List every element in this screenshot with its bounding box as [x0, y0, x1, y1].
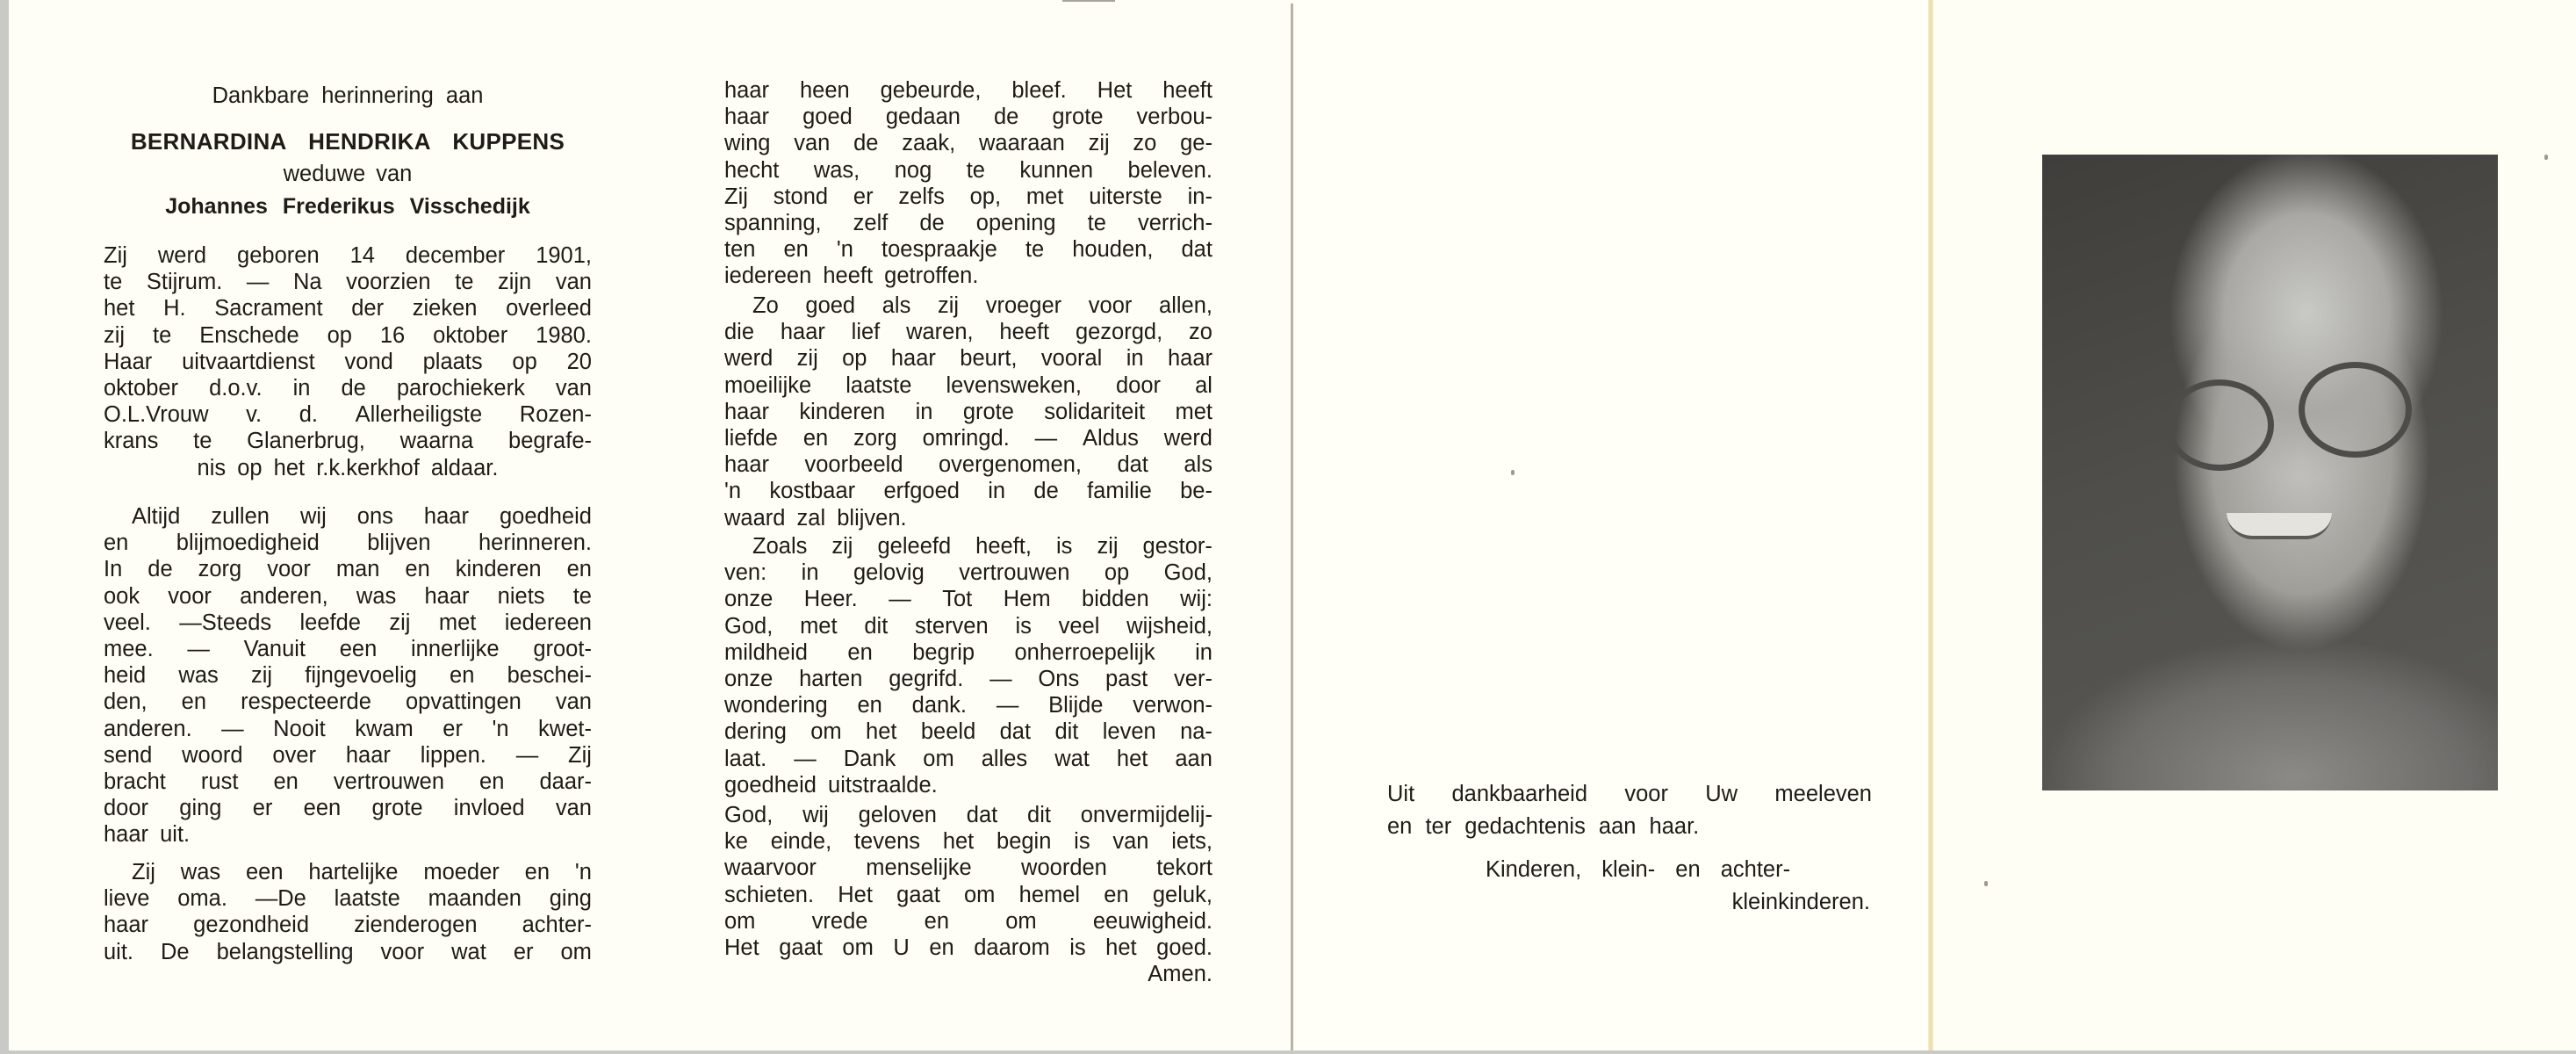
text-line: heidwaszijfijngevoeligenbeschei-: [104, 662, 592, 689]
paper-edge-tear: [1062, 0, 1115, 2]
text-line: tenen'ntoespraakjetehouden,dat: [724, 236, 1212, 263]
text-line: Altijdzullenwijonshaargoedheid: [104, 503, 592, 530]
paragraph-prayer: Zoalszijgeleefdheeft,iszijgestor-ven:ing…: [724, 533, 1212, 798]
text-line: omvredeenomeeuwigheid.: [724, 908, 1212, 935]
fold-crease: [1928, 0, 1933, 1050]
signature-line-1: Kinderen, klein- en achter-: [1387, 854, 1872, 886]
smile: [2227, 513, 2332, 539]
text-line: mildheidenbegriponherroepelijkin: [724, 639, 1212, 666]
text-line: O.L.Vrouwv.d.AllerheiligsteRozen-: [104, 401, 592, 428]
thanks-line-1: UitdankbaarheidvoorUwmeeleven: [1387, 778, 1872, 811]
text-line: uit.Debelangstellingvoorwaterom: [104, 939, 592, 965]
text-line: haarkindereningrotesolidariteitmet: [724, 399, 1212, 425]
text-line: enblijmoedigheidblijvenherinneren.: [104, 530, 592, 556]
text-line: brachtrustenvertrouwenendaar-: [104, 769, 592, 795]
text-line: onzehartengegrifd.—Onspastver-: [724, 666, 1212, 692]
text-line: hechtwas,nogtekunnenbeleven.: [724, 157, 1212, 184]
text-line: liefdeenzorgomringd.—Alduswerd: [724, 425, 1212, 451]
text-line: ven:ingelovigvertrouwenopGod,: [724, 559, 1212, 586]
paragraph-amen: Amen.: [724, 961, 1212, 987]
header-relation: weduwe van: [104, 162, 592, 187]
text-line: haarvoorbeeldovergenomen,datals: [724, 451, 1212, 478]
text-line: spanning,zelfdeopeningteverrich-: [724, 210, 1212, 236]
thanks-line-2: en ter gedachtenis aan haar.: [1387, 811, 1872, 843]
text-line: doorgingereengroteinvloedvan: [104, 795, 592, 821]
text-line: teStijrum.—Navoorzientezijnvan: [104, 269, 592, 295]
paragraph-care: Zogoedalszijvroegervoorallen,diehaarlief…: [724, 292, 1212, 531]
paragraph-faith: God,wijgelovendatditonvermijdelij-keeind…: [724, 802, 1212, 961]
text-line: mee.—Vanuiteeninnerlijkegroot-: [104, 636, 592, 662]
text-line: Haaruitvaartdienstvondplaatsop20: [104, 349, 592, 375]
text-line: haar uit.: [104, 821, 592, 848]
text-line: Zogoedalszijvroegervoorallen,: [724, 292, 1212, 319]
thanks-text: UitdankbaarheidvoorUwmeeleven en ter ged…: [1387, 778, 1872, 919]
text-line: hetH.Sacramentderziekenoverleed: [104, 295, 592, 321]
paragraph-renovation: haarheengebeurde,bleef.Hetheefthaargoedg…: [724, 77, 1212, 290]
paragraph-mother: Zijwaseenhartelijkemoederen'nlieveoma.—D…: [104, 859, 592, 965]
paper-speck: [2544, 155, 2548, 160]
text-line: 'nkostbaarerfgoedindefamiliebe-: [724, 478, 1212, 504]
paper-speck: [1984, 881, 1988, 886]
paragraph-biography: Zijwerdgeboren14december1901,teStijrum.—…: [104, 242, 592, 481]
glasses-left-lens: [2165, 379, 2274, 471]
text-line: veel.—Steedsleefdezijmetiedereen: [104, 610, 592, 636]
text-line: haargoedgedaandegroteverbou-: [724, 104, 1212, 130]
text-line: waard zal blijven.: [724, 505, 1212, 531]
text-line: God,metditstervenisveelwijsheid,: [724, 613, 1212, 639]
paper-speck: [1511, 470, 1515, 475]
text-line: waarvoormenselijkewoordentekort: [724, 855, 1212, 881]
fold-crease: [1291, 4, 1293, 1050]
text-line: zijteEnschedeop16oktober1980.: [104, 322, 592, 349]
text-line: wonderingendank.—Blijdeverwon-: [724, 692, 1212, 718]
memorial-card: Dankbare herinnering aan BERNARDINA HEND…: [9, 0, 2576, 1050]
text-line: lieveoma.—Delaatstemaandenging: [104, 885, 592, 912]
text-line: Indezorgvoormanenkinderenen: [104, 556, 592, 582]
text-line: God,wijgelovendatditonvermijdelij-: [724, 802, 1212, 828]
text-line: schieten.Hetgaatomhemelengeluk,: [724, 882, 1212, 908]
text-line: den,enrespecteerdeopvattingenvan: [104, 689, 592, 715]
text-line: ookvooranderen,washaarnietste: [104, 583, 592, 610]
text-line: sendwoordoverhaarlippen.—Zij: [104, 742, 592, 769]
paragraph-remembrance: Altijdzullenwijonshaargoedheidenblijmoed…: [104, 503, 592, 848]
text-line: diehaarliefwaren,heeftgezorgd,zo: [724, 319, 1212, 345]
text-line: deringomhetbeelddatditlevenna-: [724, 718, 1212, 745]
deceased-name: BERNARDINA HENDRIKA KUPPENS: [104, 128, 592, 155]
text-line: moeilijkelaatstelevensweken,dooral: [724, 372, 1212, 399]
text-line: anderen.—Nooitkwamer'nkwet-: [104, 716, 592, 742]
text-line: haarheengebeurde,bleef.Hetheeft: [724, 77, 1212, 104]
text-line: onzeHeer.—TotHembiddenwij:: [724, 586, 1212, 612]
text-line: iedereen heeft getroffen.: [724, 263, 1212, 289]
text-line: Zijwerdgeboren14december1901,: [104, 242, 592, 269]
closing-amen: Amen.: [724, 961, 1212, 987]
glasses-right-lens: [2299, 362, 2412, 458]
text-line: nis op het r.k.kerkhof aldaar.: [104, 455, 592, 481]
text-line: kransteGlanerbrug,waarnabegrafe-: [104, 428, 592, 454]
text-line: haargezondheidzienderogenachter-: [104, 912, 592, 938]
signature-line-2: kleinkinderen.: [1387, 886, 1872, 919]
text-line: Zijwaseenhartelijkemoederen'n: [104, 859, 592, 885]
portrait-photo: [2042, 155, 2498, 790]
text-line: HetgaatomUendaaromishetgoed.: [724, 935, 1212, 961]
text-line: goedheid uitstraalde.: [724, 772, 1212, 798]
text-line: werdzijophaarbeurt,vooralinhaar: [724, 345, 1212, 372]
text-line: laat.—Dankomalleswathetaan: [724, 746, 1212, 772]
text-line: wingvandezaak,waaraanzijzoge-: [724, 130, 1212, 156]
spouse-name: Johannes Frederikus Visschedijk: [104, 194, 592, 220]
text-line: Zijstonderzelfsop,metuiterstein-: [724, 184, 1212, 210]
header-intro: Dankbare herinnering aan: [104, 83, 592, 109]
text-line: oktoberd.o.v.indeparochiekerkvan: [104, 375, 592, 401]
text-line: keeinde,tevenshetbeginisvaniets,: [724, 828, 1212, 855]
text-line: Zoalszijgeleefdheeft,iszijgestor-: [724, 533, 1212, 559]
